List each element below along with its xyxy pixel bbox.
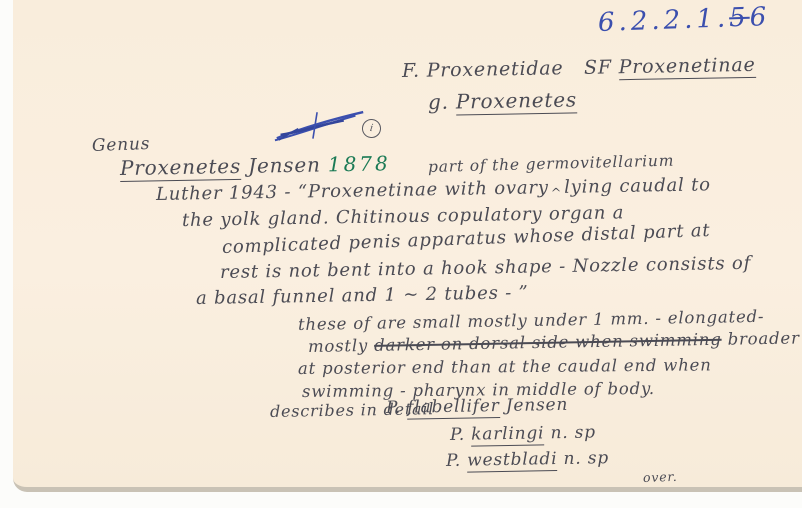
genus-heading-name: Proxenetes — [120, 154, 241, 182]
quote-source: Luther 1943 - — [156, 182, 292, 205]
species-1-authority: Jensen — [506, 395, 569, 416]
size-note-line-2-post: broader — [727, 328, 799, 348]
size-note-line-3-text: at posterior end than at the caudal end … — [298, 355, 712, 378]
species-2-genus-abbr: P. — [450, 425, 465, 445]
scanned-index-card-photo: 6.2.2.1.56 F. Proxenetidae SF Proxenetin… — [0, 0, 802, 508]
genus-heading-line: Proxenetes Jensen 1878 — [120, 151, 391, 180]
subfamily-name: Proxenetinae — [618, 54, 755, 80]
subfamily-label: SF — [584, 56, 612, 78]
family-name: Proxenetidae — [427, 57, 564, 81]
species-1-epithet: flabellifer — [407, 396, 500, 420]
species-3-epithet: westbladi — [467, 449, 558, 473]
species-3-authority: n. sp — [563, 448, 609, 469]
species-item-1: P. flabellifer Jensen — [386, 395, 569, 418]
genus-name: Proxenetes — [456, 87, 577, 115]
call-number: 6.2.2.1.56 — [597, 2, 770, 38]
genus-heading-author: Jensen — [248, 152, 321, 177]
call-number-prefix: 6.2.2.1. — [597, 3, 729, 38]
species-3-genus-abbr: P. — [446, 451, 461, 471]
turn-over-note: over. — [643, 469, 678, 485]
genus-heading-label-text: Genus — [92, 134, 151, 156]
species-item-2: P. karlingi n. sp — [450, 422, 596, 445]
genus-label: g. — [428, 90, 449, 114]
genus-heading-year: 1878 — [328, 151, 391, 176]
species-2-authority: n. sp — [550, 422, 596, 443]
circled-annotation-text: i — [369, 123, 374, 134]
quote-line-1a: “Proxenetinae with ovary — [298, 177, 549, 202]
species-item-3: P. westbladi n. sp — [446, 448, 609, 471]
size-note-line-2-pre: mostly — [308, 336, 368, 356]
family-label: F. — [402, 60, 420, 82]
call-number-final-digit: 6 — [749, 2, 771, 33]
species-1-genus-abbr: P. — [386, 398, 401, 418]
species-2-epithet: karlingi — [471, 423, 544, 446]
call-number-struck-digit: 5 — [729, 3, 751, 34]
turn-over-note-text: over. — [643, 469, 678, 485]
insertion-caret-mark: ^ — [551, 185, 563, 200]
quote-line-1b: lying caudal to — [564, 174, 711, 198]
size-note-line-3: at posterior end than at the caudal end … — [298, 355, 712, 378]
genus-heading-label: Genus — [92, 134, 151, 156]
genus-header-line: g. Proxenetes — [428, 87, 577, 114]
